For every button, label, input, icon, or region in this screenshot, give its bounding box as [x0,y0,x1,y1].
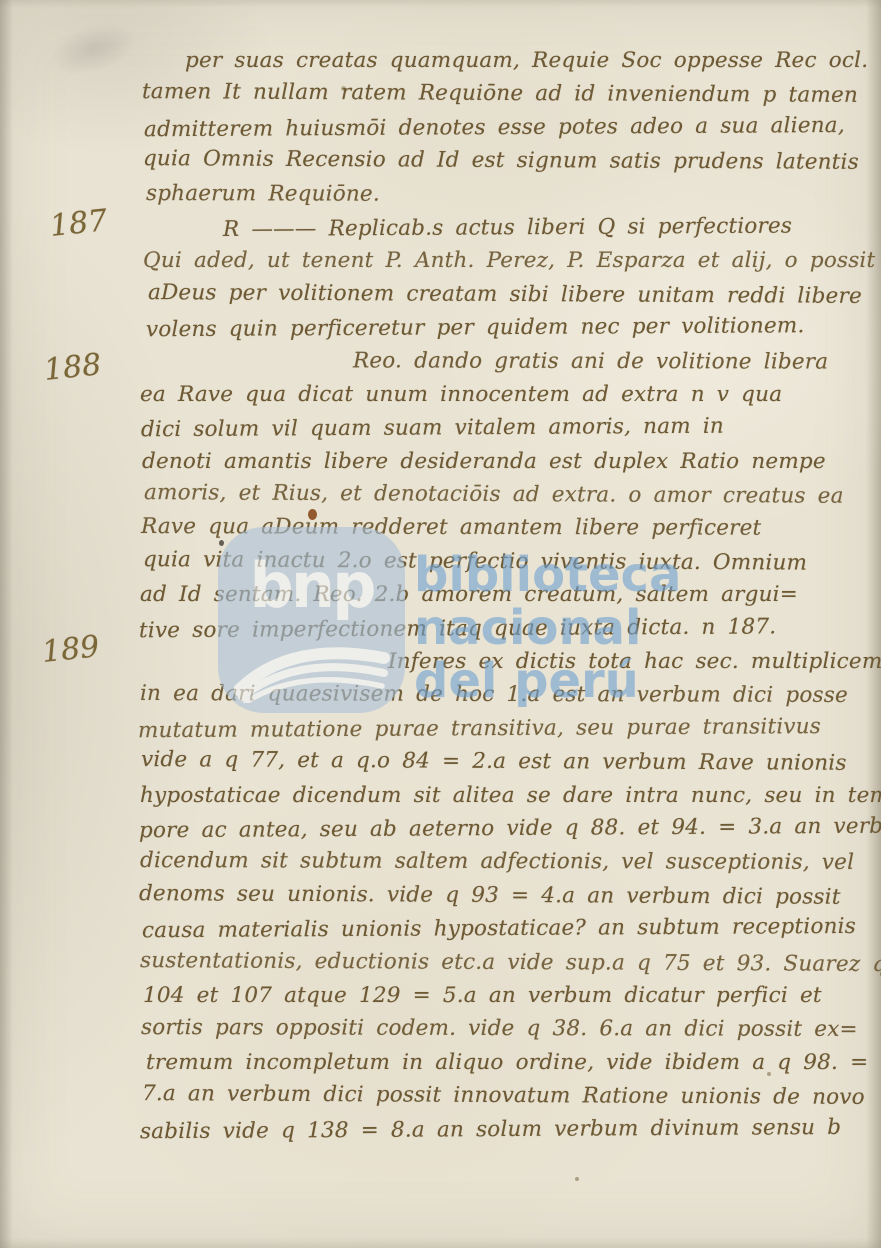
manuscript-line: dicendum sit subtum saltem adfectionis, … [140,844,878,879]
manuscript-line: in ea dari quaesivisem de hoc 1.a est an… [140,677,878,712]
manuscript-line: admitterem huiusmōi denotes esse potes a… [144,109,878,147]
manuscript-page-scan: per suas creatas quamquam, Requie Soc op… [0,0,881,1248]
manuscript-line: Inferes ex dictis tota hac sec. multipli… [388,645,878,678]
manuscript-line: tive sore imperfectionem itaq quae iuxta… [139,609,878,647]
manuscript-line: pore ac antea, seu ab aeterno vide q 88.… [139,810,878,848]
manuscript-line: volens quin perficeretur per quidem nec … [146,309,878,347]
manuscript-line: denoti amantis libere desideranda est du… [142,445,878,478]
manuscript-line: 7.a an verbum dici possit innovatum Rati… [142,1077,878,1114]
manuscript-line: Reo. dando gratis ani de volitione liber… [353,344,878,379]
manuscript-line: tamen It nullam ratem Requiōne ad id inv… [142,75,878,112]
paper-smudge [43,13,143,85]
manuscript-line: Rave qua aDeum redderet amantem libere p… [141,511,878,546]
manuscript-line: Qui aded, ut tenent P. Anth. Perez, P. E… [143,244,878,277]
margin-number: 188 [42,347,103,388]
margin-number: 189 [40,629,101,670]
manuscript-line: dici solum vil quam suam vitalem amoris,… [141,409,878,447]
manuscript-line: causa materialis unionis hypostaticae? a… [142,910,878,948]
manuscript-line: sortis pars oppositi codem. vide q 38. 6… [141,1011,878,1046]
manuscript-text-block: per suas creatas quamquam, Requie Soc op… [138,44,878,1146]
manuscript-line: sustentationis, eductionis etc.a vide su… [140,944,878,981]
manuscript-line: sphaerum Requiōne. [146,177,878,212]
manuscript-line: mutatum mutatione purae transitiva, seu … [138,710,878,748]
manuscript-line: per suas creatas quamquam, Requie Soc op… [185,44,878,77]
ink-speck [341,86,346,91]
manuscript-line: ea Rave qua dicat unum innocentem ad ext… [140,378,878,411]
manuscript-line: aDeus per volitionem creatam sibi libere… [148,276,878,313]
margin-number: 187 [48,203,109,244]
manuscript-line: ad Id sentam. Reo. 2.b amorem creatum, s… [140,578,878,611]
manuscript-line: vide a q 77, et a q.o 84 = 2.a est an ve… [141,743,878,780]
manuscript-line: hypostaticae dicendum sit alitea se dare… [140,779,878,812]
manuscript-line: R ——— Replicab.s actus liberi Q si perfe… [223,209,878,246]
manuscript-line: quia Omnis Recensio ad Id est signum sat… [143,142,878,179]
manuscript-line: quia vita inactu 2.o est perfectio viven… [143,543,878,580]
manuscript-line: 104 et 107 atque 129 = 5.a an verbum dic… [143,979,878,1012]
manuscript-line: denoms seu unionis. vide q 93 = 4.a an v… [139,877,878,914]
ink-speck [767,1072,771,1076]
ink-speck [308,509,317,520]
ink-speck [219,540,224,546]
ink-speck [575,1177,579,1181]
manuscript-line: sabilis vide q 138 = 8.a an solum verbum… [140,1110,878,1148]
manuscript-line: amoris, et Rius, et denotaciōis ad extra… [144,476,878,513]
